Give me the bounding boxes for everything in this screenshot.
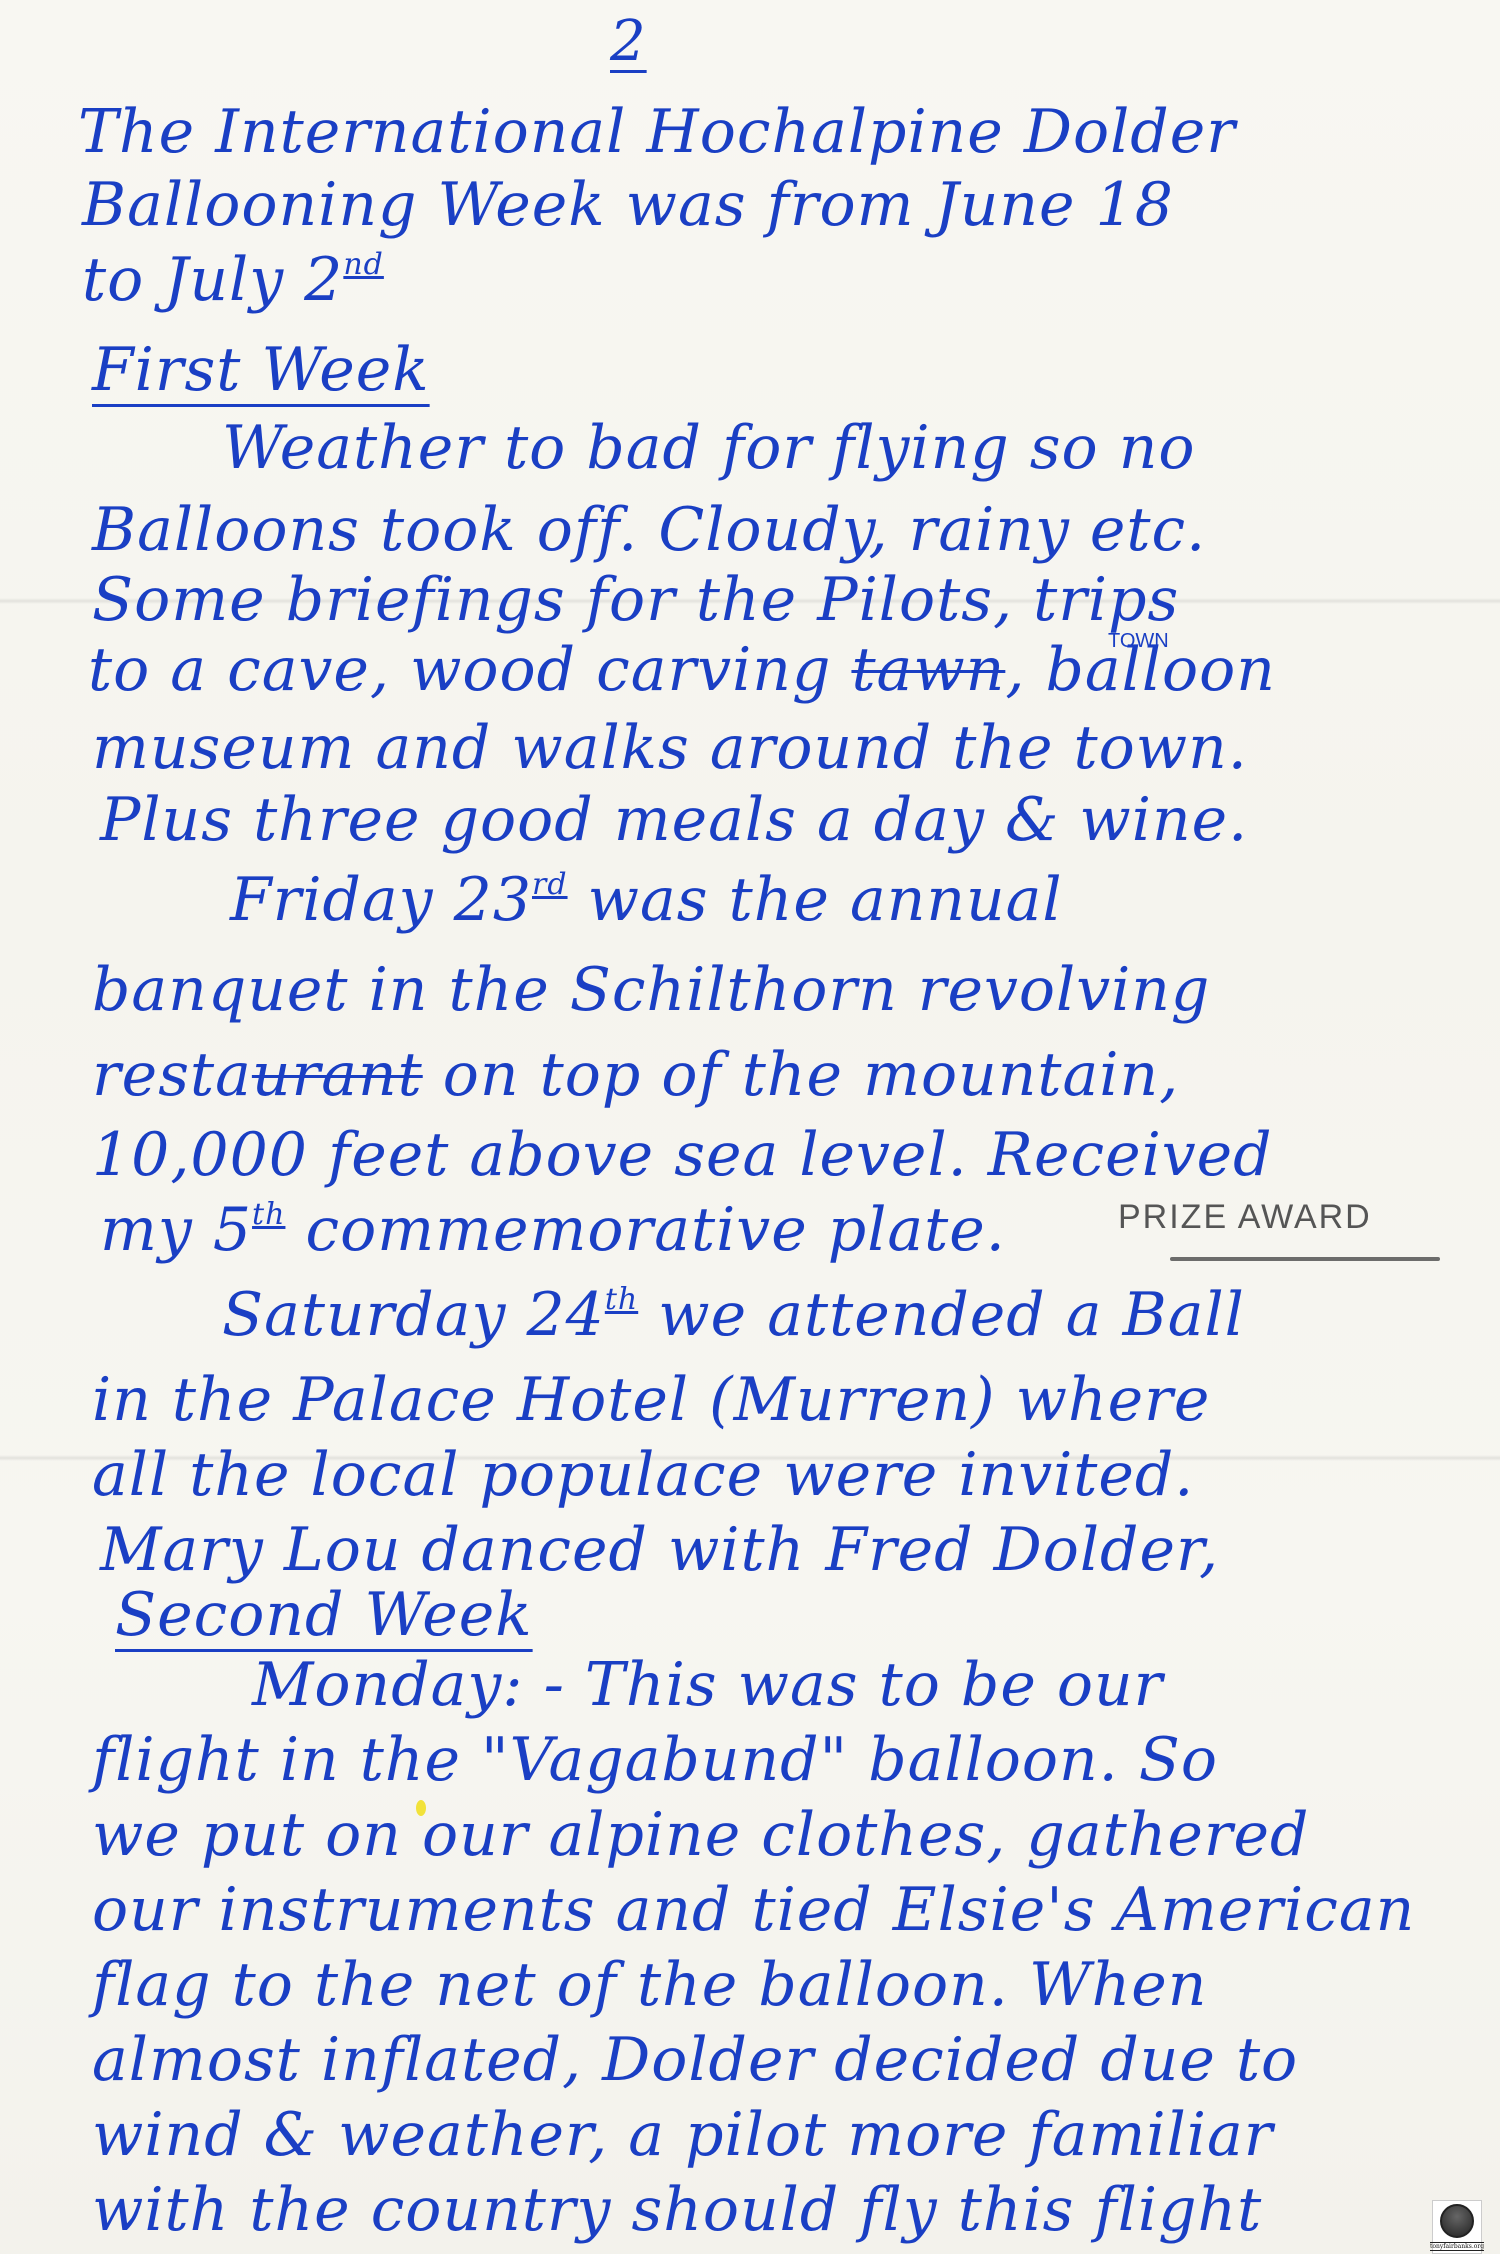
text-line-8: to a cave, wood carving tawn, balloon [88,640,1276,700]
text-line-23: we put on our alpine clothes, gathered [92,1805,1309,1865]
text-line-18: all the local populace were invited. [92,1445,1194,1505]
text-line-5: Weather to bad for flying so no [222,418,1195,478]
watermark-logo: tonyfairbanks.org [1432,2200,1482,2254]
text-line-24: our instruments and tied Elsie's America… [92,1880,1415,1940]
struck-word: urant [252,1040,423,1110]
text-line-14: 10,000 feet above sea level. Received [92,1125,1273,1185]
pencil-underline [1170,1257,1440,1261]
text-line-13: restaurant on top of the mountain, [92,1045,1179,1105]
text-line-17: in the Palace Hotel (Murren) where [92,1370,1210,1430]
text-line-15: my 5th commemorative plate. [100,1200,1006,1260]
text-line-6: Balloons took off. Cloudy, rainy etc. [92,500,1206,560]
balloon-logo-icon [1440,2204,1474,2238]
text-line-7: Some briefings for the Pilots, trips [92,570,1179,630]
watermark-text: tonyfairbanks.org [1430,2242,1484,2251]
text-line-10: Plus three good meals a day & wine. [100,790,1248,850]
struck-word: tawn [851,635,1005,705]
text-line-12: banquet in the Schilthorn revolving [92,960,1210,1020]
heading-second-week: Second Week [115,1585,533,1645]
text-line-11: Friday 23rd was the annual [230,870,1063,930]
text-line-2: Ballooning Week was from June 18 [82,175,1174,235]
text-line-3: to July 2nd [82,250,384,310]
text-line-21: Monday: - This was to be our [252,1655,1163,1715]
pencil-annotation: PRIZE AWARD [1118,1198,1372,1237]
inserted-word: TOWN [1108,630,1169,653]
page-number: 2 [610,14,647,70]
text-line-26: almost inflated, Dolder decided due to [92,2030,1298,2090]
text-line-1: The International Hochalpine Dolder [78,102,1236,162]
text-line-27: wind & weather, a pilot more familiar [92,2105,1273,2165]
text-line-19: Mary Lou danced with Fred Dolder, [100,1520,1219,1580]
heading-first-week: First Week [92,340,430,400]
text-line-25: flag to the net of the balloon. When [92,1955,1207,2015]
letter-page: 2 The International Hochalpine Dolder Ba… [0,0,1500,2254]
text-line-28: with the country should fly this flight [92,2180,1262,2240]
text-line-22: flight in the "Vagabund" balloon. So [92,1730,1218,1790]
text-line-9: museum and walks around the town. [92,718,1248,778]
text-line-16: Saturday 24th we attended a Ball [222,1285,1245,1345]
